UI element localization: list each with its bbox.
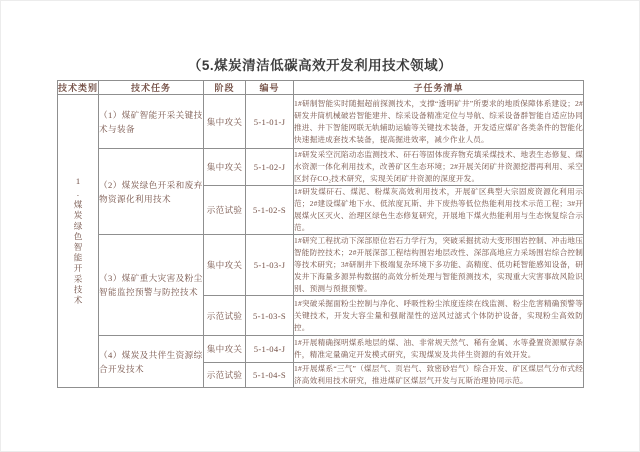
category-cell: 1.煤炭绿色智能开采技术 — [58, 95, 99, 388]
code-cell: 5-1-04-S — [246, 363, 294, 388]
code-cell: 5-1-02-S — [246, 186, 294, 235]
header-tech-task: 技术任务 — [99, 81, 204, 95]
code-cell: 5-1-03-S — [246, 296, 294, 336]
stage-cell: 示范试验 — [204, 186, 246, 235]
category-label: 1.煤炭绿色智能开采技术 — [72, 176, 84, 306]
header-stage: 阶段 — [204, 81, 246, 95]
stage-cell: 示范试验 — [204, 296, 246, 336]
task-label-1: （1）煤矿智能开采关键技术与装备 — [99, 95, 204, 149]
header-code: 编号 — [246, 81, 294, 95]
stage-cell: 集中攻关 — [204, 235, 246, 296]
document-page: （5.煤炭清洁低碳高效开发利用技术领域） 技术类别 技术任务 阶段 编号 子任务… — [0, 0, 640, 452]
table-row: （4）煤炭及共伴生资源综合开发技术 集中攻关 5-1-04-J 1#开展精确探明… — [58, 336, 584, 363]
task-label-4: （4）煤炭及共伴生资源综合开发技术 — [99, 336, 204, 388]
task-label-3: （3）煤矿重大灾害及粉尘智能监控预警与防控技术 — [99, 235, 204, 336]
table-row: 1.煤炭绿色智能开采技术 （1）煤矿智能开采关键技术与装备 集中攻关 5-1-0… — [58, 95, 584, 149]
task-label-2: （2）煤炭绿色开采和废弃物资源化利用技术 — [99, 149, 204, 235]
code-cell: 5-1-03-J — [246, 235, 294, 296]
code-cell: 5-1-02-J — [246, 149, 294, 186]
subtasks-cell: 1#研发煤矸石、煤泥、粉煤灰高效利用技术，开展矿区典型大宗固废资源化利用示范；2… — [294, 186, 584, 235]
header-tech-category: 技术类别 — [58, 81, 99, 95]
page-title: （5.煤炭清洁低碳高效开发利用技术领域） — [0, 54, 640, 74]
stage-cell: 集中攻关 — [204, 149, 246, 186]
code-cell: 5-1-04-J — [246, 336, 294, 363]
subtasks-cell: 1#突破采掘面粉尘控制与净化、呼吸性粉尘浓度连续在线监测、粉尘危害精确预警等关键… — [294, 296, 584, 336]
subtasks-cell: 1#开展精确探明煤系地层的煤、油、非常规天然气、稀有金属、水等叠置资源赋存条件，… — [294, 336, 584, 363]
stage-cell: 集中攻关 — [204, 336, 246, 363]
subtasks-cell: 1#开展煤系“三气”（煤层气、页岩气、致密砂岩气）综合开发、矿区煤层气分布式经济… — [294, 363, 584, 388]
table-row: （3）煤矿重大灾害及粉尘智能监控预警与防控技术 集中攻关 5-1-03-J 1#… — [58, 235, 584, 296]
subtasks-cell: 1#研究工程扰动下深部原位岩石力学行为，突破采掘扰动大变形围岩控制、冲击地压智能… — [294, 235, 584, 296]
subtasks-cell: 1#研制智能实时随掘超前探测技术，支撑“透明矿井”所要求的地质保障体系建设；2#… — [294, 95, 584, 149]
stage-cell: 示范试验 — [204, 363, 246, 388]
table-row: （2）煤炭绿色开采和废弃物资源化利用技术 集中攻关 5-1-02-J 1#研发采… — [58, 149, 584, 186]
code-cell: 5-1-01-J — [246, 95, 294, 149]
header-subtask-list: 子任务清单 — [294, 81, 584, 95]
stage-cell: 集中攻关 — [204, 95, 246, 149]
technology-task-table: 技术类别 技术任务 阶段 编号 子任务清单 1.煤炭绿色智能开采技术 （1）煤矿… — [57, 80, 584, 388]
subtasks-cell: 1#研发采空沉陷动态监测技术、矸石等固体废弃物充填采煤技术、地表生态修复、煤水资… — [294, 149, 584, 186]
table-header-row: 技术类别 技术任务 阶段 编号 子任务清单 — [58, 81, 584, 95]
